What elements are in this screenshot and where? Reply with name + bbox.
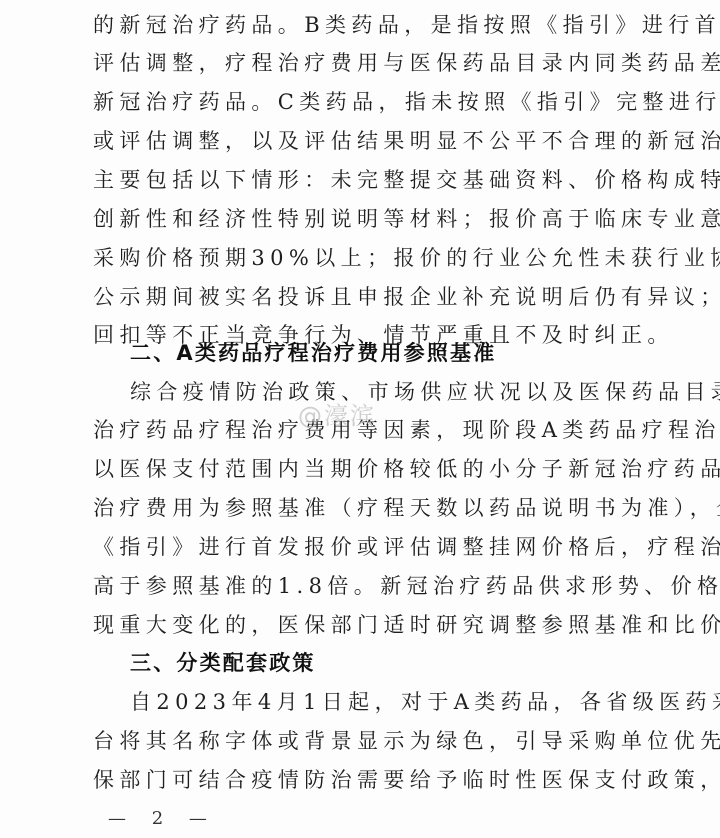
paragraph-line: 高于参照基准的1.8倍。新冠治疗药品供求形势、价格走势等出 xyxy=(93,571,629,601)
paragraph-line: 或评估调整，以及评估结果明显不公平不合理的新冠治疗药品， xyxy=(93,126,629,156)
paragraph-line: 保部门可结合疫情防治需要给予临时性医保支付政策，并在后续 xyxy=(93,765,629,795)
paragraph-line: 采购价格预期30%以上；报价的行业公允性未获行业协会推荐； xyxy=(93,243,629,273)
paragraph-line: 治疗费用为参照基准（疗程天数以药品说明书为准），企业遵循 xyxy=(93,493,629,523)
document-page: 的新冠治疗药品。B类药品，是指按照《指引》进行首发报价或 评估调整，疗程治疗费用… xyxy=(0,0,720,838)
paragraph-line: 以医保支付范围内当期价格较低的小分子新冠治疗药品最大疗程 xyxy=(93,454,629,484)
paragraph-line: 的新冠治疗药品。B类药品，是指按照《指引》进行首发报价或 xyxy=(93,10,629,40)
paragraph-line: 新冠治疗药品。C类药品，指未按照《指引》完整进行首发报价 xyxy=(93,87,629,117)
paragraph-line: 综合疫情防治政策、市场供应状况以及医保药品目录内新冠 xyxy=(130,377,629,407)
page-number: — 2 — xyxy=(108,808,217,829)
paragraph-line: 创新性和经济性特别说明等材料；报价高于临床专业意见书所提 xyxy=(93,204,629,234)
paragraph-line: 评估调整，疗程治疗费用与医保药品目录内同类药品差异较大的 xyxy=(93,48,629,78)
paragraph-line: 公示期间被实名投诉且申报企业补充说明后仍有异议；存在给予 xyxy=(93,282,629,312)
section-heading-3: 三、分类配套政策 xyxy=(130,648,629,678)
paragraph-line: 台将其名称字体或背景显示为绿色，引导采购单位优先采购；医 xyxy=(93,726,629,756)
paragraph-line: 主要包括以下情形：未完整提交基础资料、价格构成特别说明、 xyxy=(93,165,629,195)
paragraph-line: 自2023年4月1日起，对于A类药品，各省级医药采购平 xyxy=(130,687,629,717)
paragraph-line: 现重大变化的，医保部门适时研究调整参照基准和比价系数。 xyxy=(93,610,629,640)
paragraph-line: 《指引》进行首发报价或评估调整挂网价格后，疗程治疗费用不 xyxy=(93,532,629,562)
paragraph-line: 治疗药品疗程治疗费用等因素，现阶段A类药品疗程治疗费用暂 xyxy=(93,415,629,445)
section-heading-2: 二、A类药品疗程治疗费用参照基准 xyxy=(130,338,629,368)
